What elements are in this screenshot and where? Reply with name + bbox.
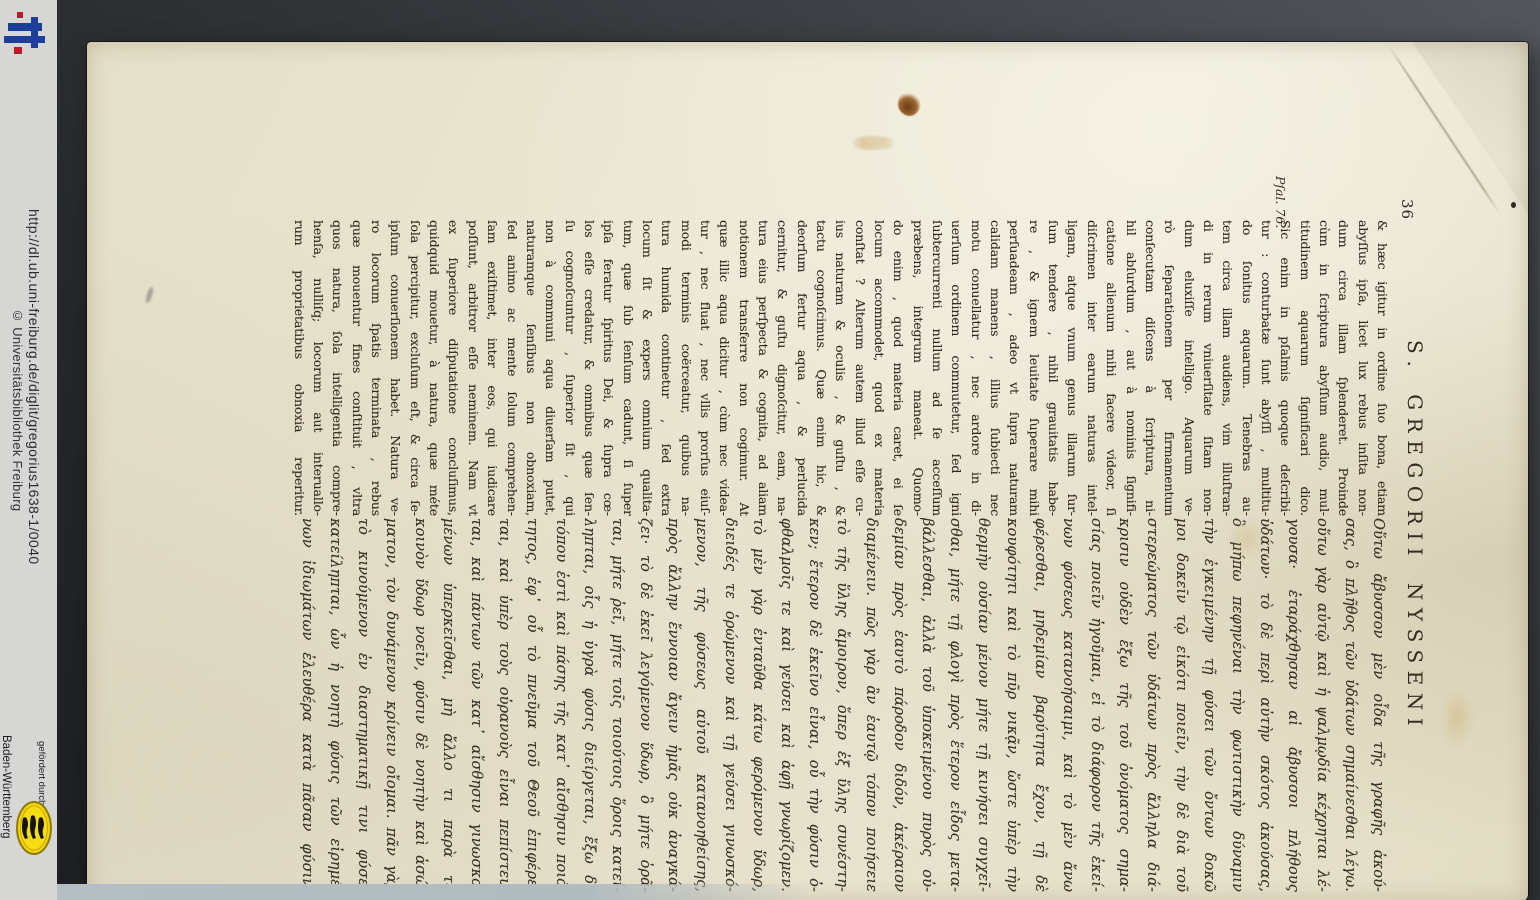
greek-text-line: στερεώματος τῶν ὑδάτων πρὸς ἄλληλα διά- (1138, 518, 1166, 892)
red-registration-mark-bottom (14, 47, 22, 54)
latin-text-line: tum, quæ ſub ſenſum cadunt, ſi ſuper (618, 220, 637, 516)
latin-text-line: diſcrimen inter earum naturas intel- (1083, 220, 1102, 516)
copyright-notice: © Universitätsbibliothek Freiburg (10, 308, 25, 511)
latin-text-line: ius naturam & oculis , & guſtu , & (831, 220, 850, 516)
greek-text-line: γουσα· ἐταράχθησαν αἱ ἄβυσσοι πλήθους (1279, 518, 1307, 892)
page-number: 36 (1398, 199, 1416, 220)
latin-text-line: locum ſit & expers omnium qualita- (638, 220, 657, 516)
latin-text-line: rò ſeparationem per firmamentum (1160, 220, 1179, 516)
latin-text-line: quos natura, ſola intelligentia compre- (328, 220, 347, 516)
greek-text-line: μένων ὑπερκεῖσθαι, μὴ ἄλλο τι παρὰ τὸ (434, 518, 462, 892)
latin-text-line: tur , nec fluat , nec vllis prorſus eiuſ… (696, 220, 715, 516)
latin-text-line: quæ illic aqua dicitur , cùm nec videa- (715, 220, 734, 516)
greek-text-line: διειδές τε ὁρώμενον καὶ τῇ γεύσει γινωσκ… (716, 518, 744, 892)
greek-text-line: τόπου ἐστὶ καὶ πάσης τῆς κατ᾽ αἴσθησιν π… (546, 518, 574, 892)
latin-text-line: henſa, nulliſq; locorum aut interuallo- (309, 220, 328, 516)
baden-wuerttemberg-coat-of-arms-icon (14, 800, 54, 856)
latin-text-line: dum eluxiſſe intelligo. Aquarum ve- (1179, 220, 1198, 516)
latin-text-line: Sic enim in pſalmis quoque deſcribi- (1276, 220, 1295, 516)
funding-note: gefördert durch (36, 741, 47, 805)
latin-text-line: rum proprietatibus obnoxia reperitur. (289, 220, 308, 516)
greek-text-line: τητος, ἐφ᾽ οὗ τὸ πνεῦμα τοῦ Θεοῦ ἐπιφέρε… (518, 518, 546, 892)
blue-registration-bar-2 (4, 36, 45, 43)
latin-text-line: tur : conturbatæ ſunt abyſſi , multitu- (1257, 220, 1276, 516)
latin-text-line: titudinem aquarum ſignificari dico. (1295, 220, 1314, 516)
greek-text-line: κοινὸν ὕδωρ νοεῖν, φύσιν δὲ νοητὴν καὶ ἀ… (405, 518, 433, 892)
latin-text-line: ipſum conuerſionem habet. Natura ve- (386, 220, 405, 516)
greek-text-line: κουφότητι καὶ τὸ πῦρ νικᾷν, ὥστε ὑπὲρ τὴ… (997, 518, 1025, 892)
greek-text-line: πρὸς ἄλλην ἔννοιαν ἄγειν ἡμᾶς οὐκ ἀναγκά… (659, 518, 687, 892)
greek-text-line: δεμίαν πρὸς ἑαυτὸ πάροδον διδόν, ἀκέραιο… (885, 518, 913, 892)
greek-text-line: ληπται, οἷς ἡ ὑγρὰ φύσις διείργεται, ἔξω… (575, 518, 603, 892)
greek-text-line: νων ἰδιωμάτων ἐλευθέρα κατὰ πᾶσαν φύσιν. (293, 518, 321, 892)
latin-text-line: quæ mouentur fines conſtituit , vltra (347, 220, 366, 516)
latin-text-line: ſu cognoſcuntur , ſuperior ſit , qui (560, 220, 579, 516)
greek-text-line: σθαι, μήτε τῇ φλογὶ πρὸς ἕτερον εἶδος με… (941, 518, 969, 892)
greek-text-line: ματον, τὸν δυνάμενον κρίνειν οἴομαι. πᾶν… (377, 518, 405, 892)
digitized-page-view: http://dl.ub.uni-freiburg.de/diglit/greg… (0, 0, 1540, 900)
latin-text-line: poſſunt, arbitror eſſe neminem. Nam vt (464, 220, 483, 516)
greek-text-line: ὑδάτων· τὸ δὲ περὶ αὐτὴν σκότος ἀκούσας, (1251, 518, 1279, 892)
latin-column: & hæc igitur in ordine ſuo bona, etiamAa… (289, 220, 1392, 516)
library-frame-bar: http://dl.ub.uni-freiburg.de/diglit/greg… (0, 0, 57, 900)
greek-text-line: φθαλμοῖς τε καὶ γεύσει καὶ ἁφῇ γνωρίζομε… (772, 518, 800, 892)
greek-text-line: βάλλεσθαι, ἀλλὰ τοῦ ὑποκειμένου πυρὸς οὐ… (913, 518, 941, 892)
red-registration-mark-top (17, 12, 23, 18)
greek-text-line: κεν; ἕτερον δὲ ἐκεῖνο εἶναι, οὗ τὴν φύσι… (800, 518, 828, 892)
greek-text-line: θερμὴν οὐσίαν μένον μήτε τῇ κινήσει συγχ… (969, 518, 997, 892)
greek-text-line: τὸ κινούμενον ἐν διαστηματικῇ τινι φύσει (349, 518, 377, 892)
latin-text-line: ipſa feratur ſpiritus Dei, & ſupra cœ- (599, 220, 618, 516)
greek-text-line: σας, ὃ πλῆθος τῶν ὑδάτων σημαίνεσθαι λέγ… (1336, 518, 1364, 892)
latin-text-line: hil abſurdum , aut à nominis ſignifi- (1121, 220, 1140, 516)
latin-text-line: ſola percipitur, excluſum eſt, & circa ſ… (405, 220, 424, 516)
greek-text-line: κατείληπται, ὧν ἡ νοητὴ φύσις τῶν εἰρημέ… (321, 518, 349, 892)
greek-text-line: σίας ποιεῖν ἡγοῦμαι, εἰ τὸ διάφορον τῆς … (1082, 518, 1110, 892)
greek-text-line: μενον, τῆς φύσεως αὐτοῦ κατανοηθείσης, (687, 518, 715, 892)
latin-text-line: ſam exiſtimet, inter eos, qui iudicare (483, 220, 502, 516)
scanner-bed-edge (57, 884, 817, 900)
greek-text-line: τὸ μὲν γὰρ ἐνταῦθα κάτω φερόμενον ὕδωρ, (744, 518, 772, 892)
latin-text-line: præbens, integrum maneat. Quomo- (908, 220, 927, 516)
three-lions (22, 815, 44, 839)
greek-text-line: νων φύσεως κατανοήσαιμι, καὶ τὸ μὲν ἄνω (1054, 518, 1082, 892)
latin-text-line: calidam manens , illius ſubiecti nec (986, 220, 1005, 516)
latin-text-line: ligam, atque vnum genus illarum ſur- (1063, 220, 1082, 516)
latin-text-line: di in rerum vniuerſitate ſitam non- (1199, 220, 1218, 516)
scan-background: 36 S. GREGORII NYSSENI Pſal. 76. & hæc i… (57, 0, 1540, 900)
latin-text-line: tem circa illam audiens, vim illuſtran- (1218, 220, 1237, 516)
latin-text-line: notionem transferre non cogimur. At (734, 220, 753, 516)
book-page-scan: 36 S. GREGORII NYSSENI Pſal. 76. & hæc i… (87, 42, 1528, 900)
greek-text-line: διαμένειν. πῶς γὰρ ἂν ἑαυτῷ τόπον ποιήσε… (856, 518, 884, 892)
greek-text-line: φέρεσθαι, μηδεμίαν βαρύτητα ἔχον, τῇ δὲ (1026, 518, 1054, 892)
latin-text-line: conſecutam diſcens à ſcriptura, ni- (1141, 220, 1160, 516)
latin-text-line: tura eius perſpecta & cognita, ad aliam (754, 220, 773, 516)
greek-text-line: ται, μήτε ῥεῖ, μήτε τοῖς τοιούτοις ὅροις… (603, 518, 631, 892)
latin-text-line: do enim , quod materia caret, ei ſe (889, 220, 908, 516)
greek-text-line: τὸ τῆς ὕλης ἄμοιρον, ὅπερ ἐξ ὕλης συνέστ… (828, 518, 856, 892)
latin-text-line: los eſſe credatur, & omnibus quæ ſen- (580, 220, 599, 516)
foxing-spots (853, 136, 893, 150)
latin-text-line: abyſſus ipſa, licet lux rebus inſita non… (1353, 220, 1372, 516)
latin-text-line: uerſum ordinem commutetur, ſed igni (947, 220, 966, 516)
latin-text-line: do ſonitus aquarum. Tenebras au- (1237, 220, 1256, 516)
latin-text-line: re , & ignem leuitate ſuperare mihi (1024, 220, 1043, 516)
latin-text-line: cernitur, & guſtu dignoſcitur, eam, na- (773, 220, 792, 516)
latin-text-line: tura humida continetur , ſed extra (657, 220, 676, 516)
running-header: S. GREGORII NYSSENI (1403, 340, 1427, 733)
latin-text-line: dum circa illam ſplenderet. Proinde (1334, 220, 1353, 516)
greek-text-line: τὴν ἐγκειμένην τῇ φύσει τῶν ὄντων δοκῶ (1195, 518, 1223, 892)
latin-text-line: ro locorum ſpatis terminata , rebus (367, 220, 386, 516)
latin-text-line: non à communi aqua diuerſam putet,D (541, 220, 560, 516)
latin-text-line: tactu cognoſcimus. Quæ enim hic, &C (812, 220, 831, 516)
greek-column: Οὕτω ἄβυσσον μὲν οἶδα τῆς γραφῆς ἀκού-σα… (293, 518, 1392, 892)
ink-speck (1511, 202, 1516, 208)
latin-text-line: perſuadeam , adeo vt ſupra naturam (1005, 220, 1024, 516)
latin-text-line: ex ſuperiore diſputatione concluſimus, (444, 220, 463, 516)
funding-region-label: Baden-Württemberg (0, 735, 12, 839)
latin-text-line: naturamque ſenſibus non obnoxiam, (522, 220, 541, 516)
latin-text-line: ſum tendere , nihil grauitatis habe- (1044, 220, 1063, 516)
greek-text-line: μοι δοκεῖν τῷ εἰκότι ποιεῖν, τὴν δὲ διὰ … (1167, 518, 1195, 892)
latin-text-line: deorſum fertur aqua , & perlucida (792, 220, 811, 516)
latin-text-line: conſtat ? Alterum autem illud eſſe cu- (850, 220, 869, 516)
foxing-stain-middle (1227, 517, 1267, 559)
latin-text-line: locum accommodet, quod ex materia (870, 220, 889, 516)
greek-text-line: ζει· τὸ δὲ ἐκεῖ λεγόμενον ὕδωρ, ὃ μήτε ὁ… (631, 518, 659, 892)
greek-text-line: ὃ μήπω πεφηνέναι τὴν φωτιστικὴν δύναμιν (1223, 518, 1251, 892)
latin-text-line: catione alienum mihi facere videor, ſiB (1102, 220, 1121, 516)
latin-text-line: quidquid mouetur, à natura, quæ méte (425, 220, 444, 516)
greek-text-line: ται, καὶ πάντων τῶν κατ᾽ αἴσθησιν γινωσκ… (462, 518, 490, 892)
latin-text-line: motu conuellatur , nec ardore in di- (966, 220, 985, 516)
source-url: http://dl.ub.uni-freiburg.de/diglit/greg… (26, 209, 42, 565)
latin-text-line: ſed animo ac mente ſolum comprehen- (502, 220, 521, 516)
latin-text-line: modi terminis coërceatur, quibus na- (676, 220, 695, 516)
greek-text-line: ται, καὶ ὑπὲρ τοὺς οὐρανοὺς εἶναι πεπίστ… (490, 518, 518, 892)
blue-registration-bar-vertical (31, 17, 38, 48)
page-content-rotated: 36 S. GREGORII NYSSENI Pſal. 76. & hæc i… (87, 42, 1528, 900)
latin-text-line: ſubtercurrenti nullum ad ſe acceſſum (928, 220, 947, 516)
greek-text-line: οὕτω γὰρ αὐτῷ καὶ ἡ ψαλμῳδία κέχρηται λέ… (1307, 518, 1335, 892)
greek-text-line: Οὕτω ἄβυσσον μὲν οἶδα τῆς γραφῆς ἀκού- (1364, 518, 1392, 892)
latin-text-line: & hæc igitur in ordine ſuo bona, etiamA (1373, 220, 1392, 516)
latin-text-line: cùm in ſcriptura abyſſum audio, mul- (1315, 220, 1334, 516)
greek-text-line: κρισιν οὐδὲν ἔξω τῆς τοῦ ὀνόματος σημα- (1110, 518, 1138, 892)
foxing-stain-right (1439, 687, 1475, 749)
